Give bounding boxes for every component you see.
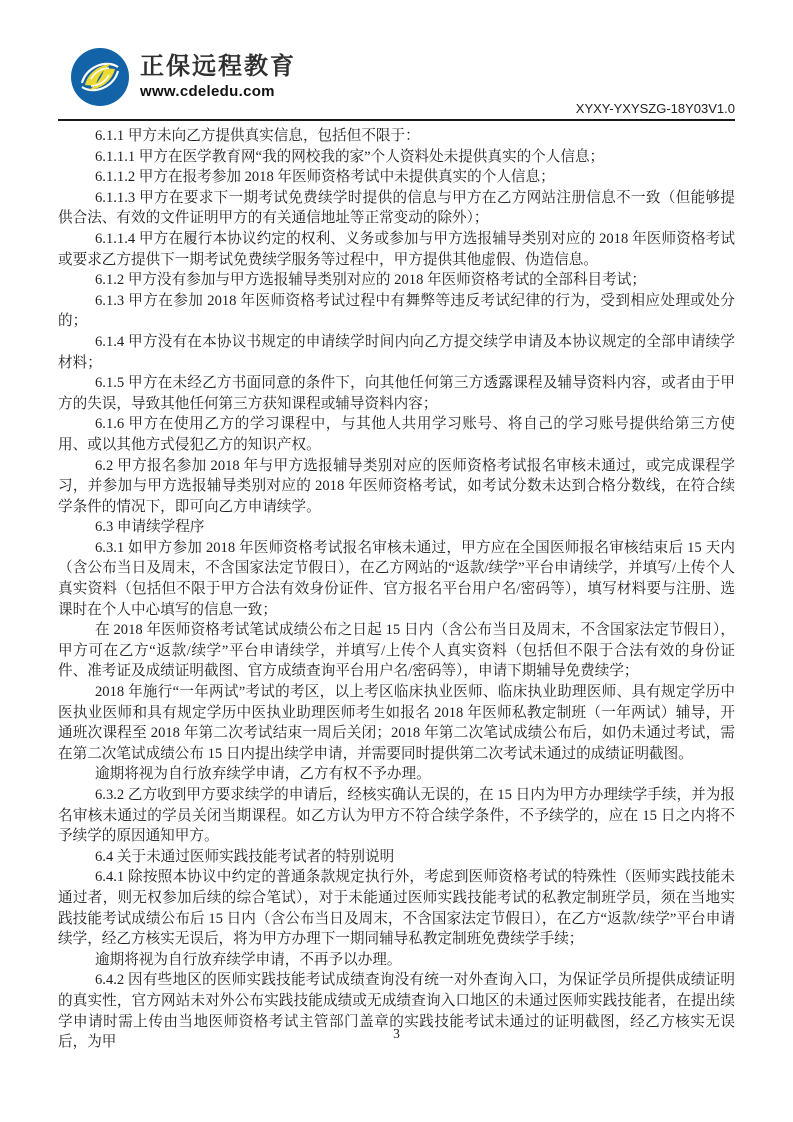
page-header: 正保远程教育 www.cdeledu.com XYXY-YXYSZG-18Y03… (58, 0, 735, 121)
clause-paragraph: 6.1.6 甲方在使用乙方的学习课程中，与其他人共用学习账号、将自己的学习账号提… (58, 414, 735, 455)
clause-paragraph: 逾期将视为自行放弃续学申请，乙方有权不予办理。 (58, 764, 735, 785)
clause-paragraph: 6.1.2 甲方没有参加与甲方选报辅导类别对应的 2018 年医师资格考试的全部… (58, 270, 735, 291)
clause-paragraph: 6.1.1.2 甲方在报考参加 2018 年医师资格考试中未提供真实的个人信息； (58, 167, 735, 188)
clause-paragraph: 6.4.1 除按照本协议中约定的普通条款规定执行外，考虑到医师资格考试的特殊性（… (58, 867, 735, 949)
brand-text-block: 正保远程教育 www.cdeledu.com (140, 55, 296, 99)
clause-paragraph: 6.1.4 甲方没有在本协议书规定的申请续学时间内向乙方提交续学申请及本协议规定… (58, 332, 735, 373)
document-page: 正保远程教育 www.cdeledu.com XYXY-YXYSZG-18Y03… (0, 0, 793, 1122)
document-code: XYXY-YXYSZG-18Y03V1.0 (576, 101, 735, 116)
clause-paragraph: 6.1.1 甲方未向乙方提供真实信息，包括但不限于： (58, 126, 735, 147)
document-body: 6.1.1 甲方未向乙方提供真实信息，包括但不限于： 6.1.1.1 甲方在医学… (58, 126, 735, 1053)
clause-paragraph: 6.3.2 乙方收到甲方要求续学的申请后，经核实确认无误的，在 15 日内为甲方… (58, 785, 735, 847)
brand-logo: 正保远程教育 www.cdeledu.com (71, 48, 296, 106)
page-content: 正保远程教育 www.cdeledu.com XYXY-YXYSZG-18Y03… (58, 0, 735, 1053)
brand-website: www.cdeledu.com (140, 84, 296, 99)
clause-paragraph: 6.3.1 如甲方参加 2018 年医师资格考试报名审核未通过，甲方应在全国医师… (58, 538, 735, 620)
clause-paragraph: 6.2 甲方报名参加 2018 年与甲方选报辅导类别对应的医师资格考试报名审核未… (58, 456, 735, 518)
clause-paragraph: 6.1.5 甲方在未经乙方书面同意的条件下，向其他任何第三方透露课程及辅导资料内… (58, 373, 735, 414)
clause-heading: 6.4 关于未通过医师实践技能考试者的特别说明 (58, 847, 735, 868)
clause-paragraph: 6.1.1.3 甲方在要求下一期考试免费续学时提供的信息与甲方在乙方网站注册信息… (58, 188, 735, 229)
clause-paragraph: 2018 年施行“一年两试”考试的考区，以上考区临床执业医师、临床执业助理医师、… (58, 682, 735, 764)
clause-paragraph: 在 2018 年医师资格考试笔试成绩公布之日起 15 日内（含公布当日及周末，不… (58, 620, 735, 682)
clause-heading: 6.3 申请续学程序 (58, 517, 735, 538)
clause-paragraph: 逾期将视为自行放弃续学申请，不再予以办理。 (58, 950, 735, 971)
brand-swirl-icon (71, 48, 129, 106)
page-number: 3 (58, 1026, 735, 1042)
clause-paragraph: 6.1.1.1 甲方在医学教育网“我的网校我的家”个人资料处未提供真实的个人信息… (58, 147, 735, 168)
clause-paragraph: 6.1.3 甲方在参加 2018 年医师资格考试过程中有舞弊等违反考试纪律的行为… (58, 291, 735, 332)
brand-name: 正保远程教育 (140, 55, 296, 79)
clause-paragraph: 6.1.1.4 甲方在履行本协议约定的权利、义务或参加与甲方选报辅导类别对应的 … (58, 229, 735, 270)
